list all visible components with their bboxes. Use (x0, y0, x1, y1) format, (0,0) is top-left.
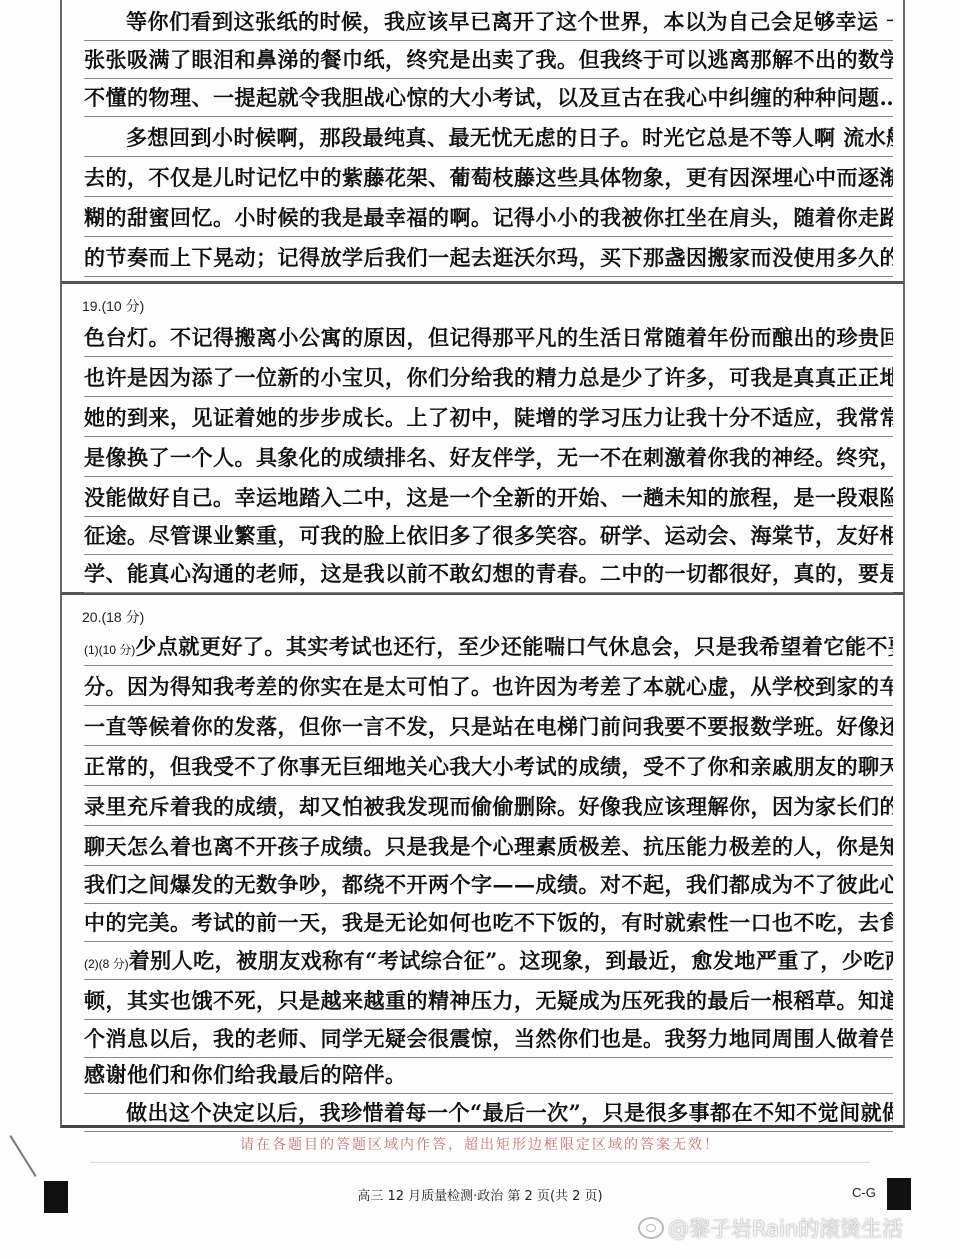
text-line: 张张吸满了眼泪和鼻涕的餐巾纸，终究是出卖了我。但我终于可以逃离那解不出的数学 看 (84, 42, 893, 79)
text-line: 我们之间爆发的无数争吵，都绕不开两个字——成绩。对不起，我们都成为不了彼此心目 (84, 867, 893, 904)
part-2-label: (2)(8 分) (84, 957, 129, 971)
text-line: 也许是因为添了一位新的小宝贝，你们分给我的精力总是少了许多，可我是真真正正地欢喜… (84, 360, 893, 397)
question-19-answer-area: 19.(10 分) 色台灯。不记得搬离小公寓的原因，但记得那平凡的生活日常随着年… (60, 284, 905, 595)
text-line: (2)(8 分)着别人吃，被朋友戏称有“考试综合征”。这现象，到最近，愈发地严重… (84, 943, 893, 980)
text-line: 录里充斥着我的成绩，却又怕被我发现而偷偷删除。好像我应该理解你，因为家长们的 (84, 789, 893, 826)
text-line: 多想回到小时候啊，那段最纯真、最无忧无虑的日子。时光它总是不等人啊 流水般逝 (84, 120, 893, 157)
text-line: 没能做好自己。幸运地踏入二中，这是一个全新的开始、一趟未知的旅程，是一段艰险的 (84, 480, 893, 517)
alignment-marker-right (887, 1178, 911, 1210)
text-line: 征途。尽管课业繁重，可我的脸上依旧多了很多笑容。研学、运动会、海棠节，友好相待的… (84, 518, 893, 555)
text-line: 不懂的物理、一提起就令我胆战心惊的大小考试，以及亘古在我心中纠缠的种种问题…… (84, 80, 893, 117)
text-line: 糊的甜蜜回忆。小时候的我是最幸福的啊。记得小小的我被你扛坐在肩头，随着你走路 (84, 200, 893, 237)
watermark: @黎子岩Rain的滚烫生活 (638, 1213, 903, 1243)
text-line: 聊天怎么着也离不开孩子成绩。只是我是个心理素质极差、抗压能力极差的人，你是知道的… (84, 829, 893, 866)
text-line: 的节奏而上下晃动；记得放学后我们一起去逛沃尔玛，买下那盏因搬家而没使用多久的粉 (84, 240, 893, 277)
text-line: 个消息以后，我的老师、同学无疑会很震惊，当然你们也是。我努力地同周围人做着告别， (84, 1021, 893, 1058)
text-line: 做出这个决定以后，我珍惜着每一个“最后一次”，只是很多事都在不知不觉间就做了告别… (84, 1095, 893, 1132)
divider (90, 1162, 870, 1163)
watermark-text: @黎子岩Rain的滚烫生活 (668, 1213, 903, 1243)
part-1-label: (1)(10 分) (84, 643, 135, 657)
text-line: 去的，不仅是儿时记忆中的紫藤花架、葡萄枝藤这些具体物象，更有因深埋心中而逐渐模 (84, 160, 893, 197)
text-line: 她的到来，见证着她的步步成长。上了初中，陡增的学习压力让我十分不适应，我常常觉得… (84, 400, 893, 437)
text-line: 是像换了一个人。具象化的成绩排名、好友伴学，无一不在刺激着你我的神经。终究，我还… (84, 440, 893, 477)
text-line: 顿，其实也饿不死，只是越来越重的精神压力，无疑成为压死我的最后一根稻草。知道这 (84, 983, 893, 1020)
weibo-logo-icon (638, 1217, 664, 1239)
text-content: 少点就更好了。其实考试也还行，至少还能喘口气休息会，只是我希望着它能不要出 (135, 634, 893, 659)
text-line: 感谢他们和你们给我最后的陪伴。 (84, 1057, 893, 1094)
answer-area-continued: 等你们看到这张纸的时候，我应该早已离开了这个世界，本以为自己会足够幸运 一 张张… (60, 0, 905, 284)
answer-area-notice: 请在各题目的答题区域内作答，超出矩形边框限定区域的答案无效！ (0, 1134, 960, 1154)
text-line: 学、能真心沟通的老师，这是我以前不敢幻想的青春。二中的一切都很好，真的，要是考试 (84, 556, 893, 593)
text-line: (1)(10 分)少点就更好了。其实考试也还行，至少还能喘口气休息会，只是我希望… (84, 629, 893, 666)
paper-code: C-G (852, 1185, 876, 1200)
question-20-header: 20.(18 分) (82, 607, 144, 627)
text-line: 正常的，但我受不了你事无巨细地关心我大小考试的成绩，受不了你和亲戚朋友的聊天记 (84, 749, 893, 786)
text-line: 色台灯。不记得搬离小公寓的原因，但记得那平凡的生活日常随着年份而酿出的珍贵回忆。 (84, 320, 893, 357)
question-19-header: 19.(10 分) (82, 296, 144, 316)
text-content: 着别人吃，被朋友戏称有“考试综合征”。这现象，到最近，愈发地严重了，少吃两 (129, 948, 893, 973)
question-20-answer-area: 20.(18 分) (1)(10 分)少点就更好了。其实考试也还行，至少还能喘口… (60, 595, 905, 1128)
text-line: 分。因为得知我考差的你实在是太可怕了。也许因为考差了本就心虚，从学校到家的车程里… (84, 669, 893, 706)
text-line: 一直等候着你的发落，但你一言不发，只是站在电梯门前问我要不要报数学班。好像还挺 (84, 709, 893, 746)
page-footer: 高三 12 月质量检测·政治 第 2 页(共 2 页) (0, 1185, 960, 1204)
text-line: 等你们看到这张纸的时候，我应该早已离开了这个世界，本以为自己会足够幸运 一 (84, 4, 893, 41)
text-line: 中的完美。考试的前一天，我是无论如何也吃不下饭的，有时就索性一口也不吃，去食堂看 (84, 905, 893, 942)
